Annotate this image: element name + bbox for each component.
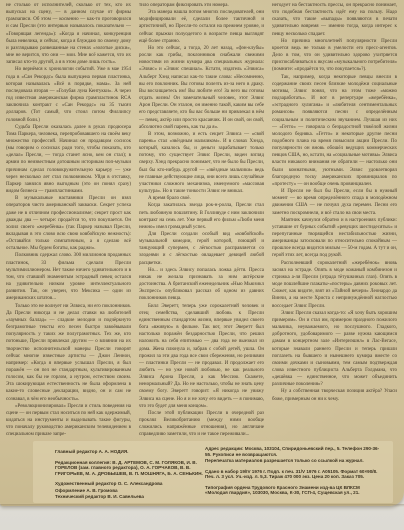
article-paragraph: Но вернёмся к хронологии событий. Уже в …: [6, 66, 131, 123]
article-paragraph: Билл Эверетт, теперь уже сорокалетний че…: [139, 303, 264, 410]
article-paragraph: Судьба Пресли оказалась далее в руках пр…: [6, 124, 131, 196]
article-paragraph: Для Пресли создали особый вид «ковбойско…: [139, 231, 264, 267]
publishing-details: Адрес редакции: Москва, 103104, Спиридон…: [205, 446, 383, 501]
article-paragraph: Эта манера нашла потом многих последоват…: [139, 9, 264, 45]
publishing-detail-line: Перепечатка материалов разрешается тольк…: [205, 458, 383, 464]
publishing-detail-line: Типография ордена Трудового Красного Зна…: [205, 485, 383, 496]
editorial-credits: Главный редактор А. А. НОДИЯ.Редакционна…: [55, 449, 203, 500]
article-paragraph: И Пресли не был бы Пресли, если бы в нуж…: [272, 188, 397, 217]
article-paragraph: В музыкальные наставники Пресли он взял …: [6, 195, 131, 252]
editorial-credit-line: Главный редактор А. А. НОДИЯ.: [55, 449, 203, 455]
article-column-3: негодует на бестактность прессы, он прек…: [272, 2, 397, 439]
article-paragraph: Полковник сдержал слово. 300 миллионов п…: [6, 252, 131, 302]
article-paragraph: В этом, возможно, и есть секрет Элвиса —…: [139, 131, 264, 195]
imprint-panel: Главный редактор А. А. НОДИЯ.Редакционна…: [33, 441, 393, 503]
article-paragraph: Когда закатилась звезда рок-н-ролла, Пре…: [139, 202, 264, 231]
article-paragraph: не столько от исполнителей, сколько от т…: [6, 2, 131, 66]
article-paragraph: тило операторам фиксировать эти номера.: [139, 2, 264, 9]
article-paragraph: Ну а собственная творческая позиция актё…: [272, 388, 397, 402]
article-paragraph: Но... и здесь Элвису попалась ложка дёгт…: [139, 267, 264, 303]
article-column-1: не столько от исполнителей, сколько от т…: [6, 2, 131, 439]
article-column-2: тило операторам фиксировать эти номера.Э…: [139, 2, 264, 439]
page-bottom-edge-shadow: [0, 504, 404, 507]
article-paragraph: Только это не волнует ни Элвиса, ни его …: [6, 303, 131, 403]
article-paragraph: Располневший сорокалетний «жеребёнок» вн…: [272, 260, 397, 310]
editorial-credit-line: Технический редактор В. И. Савельева: [55, 494, 203, 500]
article-paragraph: «Революционизировал» Пресли и стиль пове…: [6, 403, 131, 439]
editorial-credit-line: Художественный редактор О. С. Александро…: [55, 481, 203, 487]
publishing-detail-line: Сдано в набор 19/IV 1976 г. Подп. к печ.…: [205, 469, 383, 480]
article-paragraph: Но причина многолетней популярности Прес…: [272, 38, 397, 74]
magazine-back-page: не столько от исполнителей, сколько от т…: [0, 0, 404, 506]
publishing-detail-line: Адрес редакции: Москва, 103104, Спиридон…: [205, 446, 383, 457]
article-paragraph: Элвис Пресли сказал когда-то: «Я хочу бы…: [272, 310, 397, 389]
article-paragraph: После этой публикации Пресли в очередной…: [139, 410, 264, 439]
article-paragraph: негодует на бестактность прессы, он прек…: [272, 2, 397, 38]
article-paragraph: Так, например, когда некоторые певцы вне…: [272, 74, 397, 189]
article-paragraph: Маятник качнулся обратно и в настроениях…: [272, 217, 397, 260]
editorial-credit-line: Оформление А. В. Громова: [55, 488, 203, 494]
article-paragraph: Но это сейчас, а тогда, 20 лет назад, «ф…: [139, 45, 264, 131]
editorial-credit-line: Редакционная коллегия: В. Д. АРТЕМОВ, С.…: [55, 460, 203, 477]
article-paragraph: А время брало своё.: [139, 195, 264, 202]
